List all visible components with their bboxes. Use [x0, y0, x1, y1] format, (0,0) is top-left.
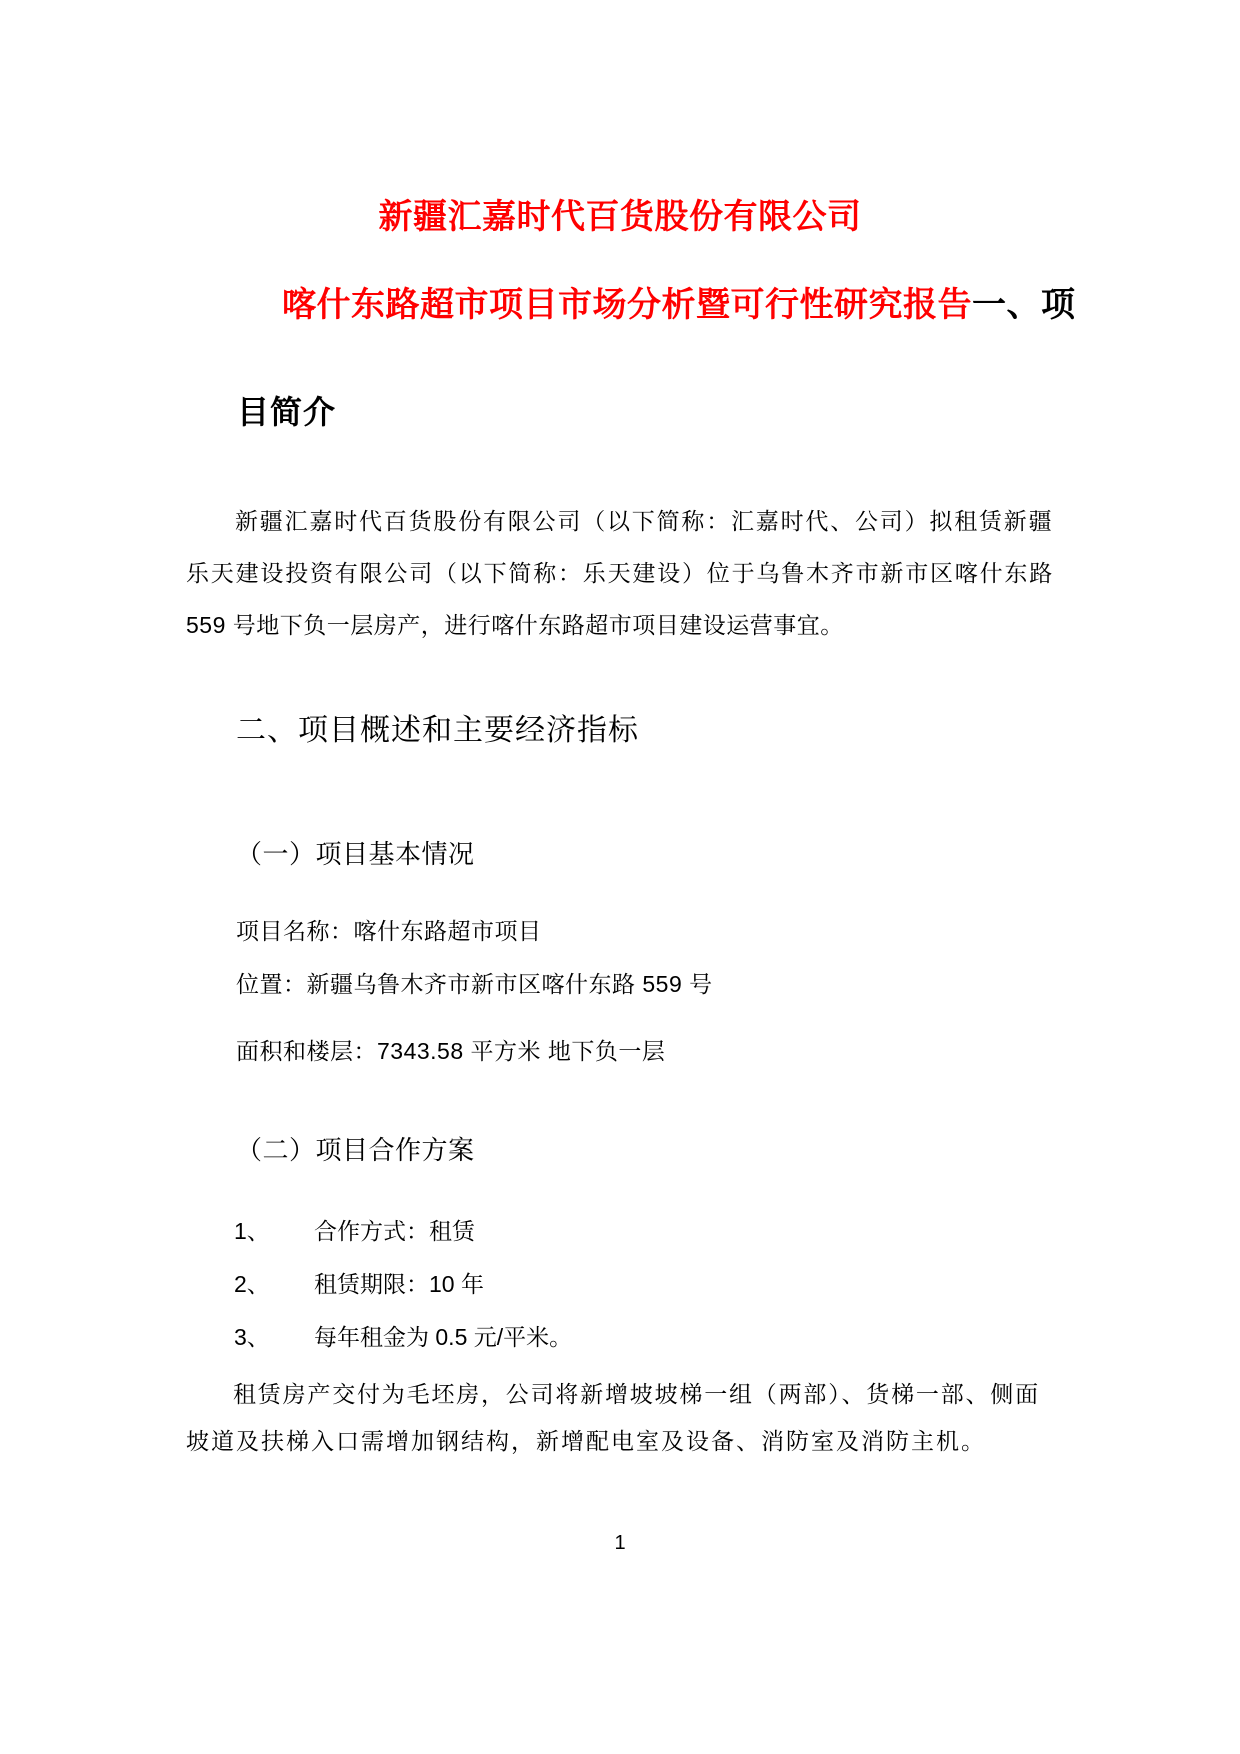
note-paragraph-line-2: 坡道及扶梯入口需增加钢结构，新增配电室及设备、消防室及消防主机。	[186, 1428, 986, 1454]
document-subtitle-red: 喀什东路超市项目市场分析暨可行性研究报告	[282, 286, 972, 324]
section2-heading: 二、项目概述和主要经济指标	[236, 714, 639, 749]
location-row: 位置：新疆乌鲁木齐市新市区喀什东路 559 号	[236, 971, 713, 997]
document-subtitle: 喀什东路超市项目市场分析暨可行性研究报告一、项	[282, 286, 1076, 325]
list-item-1-number: 1、	[234, 1218, 314, 1244]
document-title: 新疆汇嘉时代百货股份有限公司	[0, 198, 1240, 237]
subsection-basic-info-heading: （一）项目基本情况	[236, 840, 475, 870]
document-page: 新疆汇嘉时代百货股份有限公司 喀什东路超市项目市场分析暨可行性研究报告一、项 目…	[0, 0, 1240, 1754]
page-number: 1	[0, 1532, 1240, 1555]
intro-paragraph-line-2: 乐天建设投资有限公司（以下简称：乐天建设）位于乌鲁木齐市新市区喀什东路	[186, 560, 1054, 586]
intro-paragraph-line-1: 新疆汇嘉时代百货股份有限公司（以下简称：汇嘉时代、公司）拟租赁新疆	[235, 508, 1053, 534]
list-item-2-text: 租赁期限：10 年	[314, 1271, 484, 1297]
project-name-row: 项目名称：喀什东路超市项目	[236, 918, 542, 944]
section1-heading-start: 一、项	[972, 286, 1076, 324]
area-floor-row: 面积和楼层：7343.58 平方米 地下负一层	[236, 1038, 665, 1064]
list-item-2-number: 2、	[234, 1271, 314, 1297]
list-item-3: 3、每年租金为 0.5 元/平米。	[234, 1324, 572, 1350]
list-item-1: 1、合作方式：租赁	[234, 1218, 475, 1244]
list-item-2: 2、租赁期限：10 年	[234, 1271, 484, 1297]
note-paragraph-line-1: 租赁房产交付为毛坯房，公司将新增坡坡梯一组（两部）、货梯一部、侧面	[233, 1381, 1040, 1407]
list-item-3-text: 每年租金为 0.5 元/平米。	[314, 1324, 572, 1350]
intro-paragraph-line-3: 559 号地下负一层房产，进行喀什东路超市项目建设运营事宜。	[186, 612, 844, 638]
section1-heading-wrap: 目简介	[237, 394, 336, 431]
list-item-3-number: 3、	[234, 1324, 314, 1350]
subsection-cooperation-heading: （二）项目合作方案	[236, 1136, 475, 1166]
list-item-1-text: 合作方式：租赁	[314, 1218, 475, 1244]
